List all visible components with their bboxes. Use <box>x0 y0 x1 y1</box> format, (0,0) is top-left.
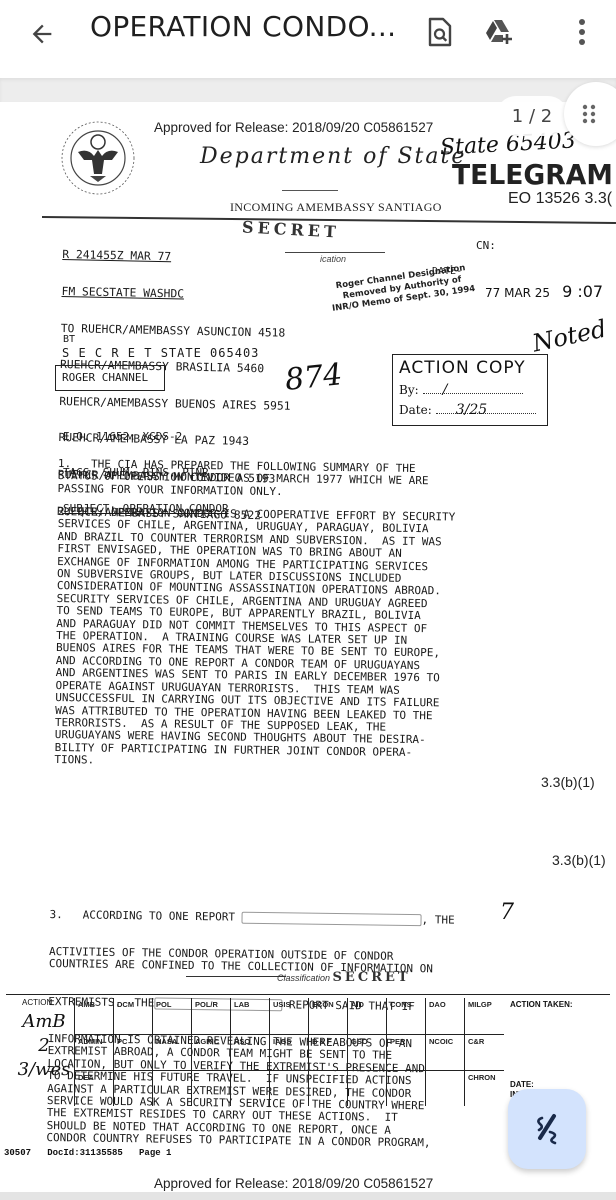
paragraph-1: 1. THE CIA HAS PREPARED THE FOLLOWING SU… <box>57 458 428 500</box>
exemption-marking: 3.3(b)(1) <box>552 852 606 868</box>
annotate-button[interactable] <box>508 1089 586 1169</box>
distribution-cell: ADMIN <box>75 1034 114 1070</box>
cn-label: CN: <box>476 239 496 252</box>
handwritten-noted: Noted <box>530 315 609 358</box>
rule <box>282 190 338 191</box>
agency-title: Department of State <box>200 144 466 169</box>
distribution-cell: AGRIC <box>192 1034 231 1070</box>
redaction-box <box>242 911 422 926</box>
distribution-cell <box>348 1070 387 1106</box>
paragraph-2: 2. QTE: OPERATION CONDOR IS A COOPERATIV… <box>54 506 455 772</box>
action-label: ACTION <box>22 998 52 1007</box>
distribution-cell: PC <box>114 1034 153 1070</box>
distribution-cell: DCM <box>114 998 153 1034</box>
distribution-cell: MILGP <box>465 998 504 1034</box>
form-type: TELEGRAM <box>452 158 613 191</box>
routing-line: FM SECSTATE WASHDC <box>61 286 292 303</box>
distribution-cell: NCOIC <box>426 1034 465 1070</box>
distribution-cell: RSO <box>231 1034 270 1070</box>
text: 3. ACCORDING TO ONE REPORT <box>49 908 235 924</box>
viewer-bottom-band <box>0 1192 616 1200</box>
distribution-cell: POL <box>153 998 192 1034</box>
distribution-cell: ECON <box>309 998 348 1034</box>
routing-line: R 241455Z MAR 77 <box>62 249 293 266</box>
date-label: Date: <box>399 403 432 417</box>
action-copy-title: ACTION COPY <box>399 358 541 378</box>
eo-marking: EO 13526 3.3( <box>508 190 612 208</box>
distribution-cell: USIS <box>270 998 309 1034</box>
department-of-state-seal-icon <box>60 120 136 196</box>
distribution-row: AMBDCMPOLPOL/RLABUSISECONAIDCONSDAOMILGP <box>75 998 504 1034</box>
hand-line: AmB <box>16 1010 72 1034</box>
exemption-marking: 3.3(b)(1) <box>541 774 595 790</box>
incoming-label: INCOMING AMEMBASSY SANTIAGO <box>230 200 442 215</box>
distribution-cell: NASA <box>153 1034 192 1070</box>
distribution-cell: AID <box>348 998 387 1034</box>
distribution-cell: DEA <box>75 1070 114 1106</box>
add-to-drive-button[interactable] <box>480 12 520 52</box>
p3-line: 3. ACCORDING TO ONE REPORT , THE <box>49 909 454 927</box>
more-vertical-icon <box>578 18 586 46</box>
classification-footer: Classification SECRET <box>277 970 411 985</box>
distribution-cell: LAB <box>231 998 270 1034</box>
classification-value: SECRET <box>333 970 411 985</box>
distribution-row: ADMINPCNASAAGRICRSOIAGSB & FGSOPERNCOICC… <box>75 1034 504 1070</box>
distribution-cell: DAO <box>426 998 465 1034</box>
distribution-cell <box>309 1070 348 1106</box>
drag-handle-icon <box>581 103 597 125</box>
drive-add-icon <box>485 18 515 46</box>
distribution-cell <box>426 1070 465 1106</box>
doc-id-line: 30507 DocId:31135585 Page 1 <box>4 1148 171 1158</box>
document-page[interactable]: Approved for Release: 2018/09/20 C058615… <box>0 102 616 1192</box>
classification-label-fragment: ication <box>320 254 346 264</box>
bt-marker: BT <box>63 334 75 345</box>
arrow-back-icon <box>28 20 56 48</box>
distribution-cell <box>270 1070 309 1106</box>
received-time: 9 :07 <box>562 282 603 301</box>
approved-for-release-footer: Approved for Release: 2018/09/20 C058615… <box>154 1176 433 1191</box>
app-bar: OPERATION CONDO... <box>0 0 616 78</box>
routing-line: TO RUEHCR/AMEMBASSY ASUNCION 4518 <box>61 323 292 340</box>
handwritten-action: AmB 2 3/wes <box>16 1010 72 1082</box>
distribution-table: AMBDCMPOLPOL/RLABUSISECONAIDCONSDAOMILGP… <box>74 998 504 1106</box>
roger-channel-box: ROGER CHANNEL <box>55 365 165 391</box>
action-copy-stamp: ACTION COPY By:/ Date:3/25 <box>392 354 548 426</box>
action-copy-by: By:/ <box>399 382 541 398</box>
annotate-pen-icon <box>532 1112 562 1146</box>
distribution-cell: GSO <box>348 1034 387 1070</box>
text: , THE <box>422 913 455 926</box>
distribution-cell: CHRON <box>465 1070 504 1106</box>
hand-line: 2 <box>16 1034 72 1058</box>
distribution-cell: IAGS <box>270 1034 309 1070</box>
rule <box>6 994 610 995</box>
distribution-cell: CONS <box>387 998 426 1034</box>
by-value: / <box>443 382 448 398</box>
date-value: 3/25 <box>456 402 487 418</box>
distribution-cell: C&R <box>465 1034 504 1070</box>
document-search-icon <box>427 17 453 47</box>
eo-line: E.O. 11652: XGDS-2 <box>63 431 229 443</box>
approved-for-release-header: Approved for Release: 2018/09/20 C058615… <box>154 120 433 135</box>
by-label: By: <box>399 383 419 397</box>
distribution-cell: PER <box>387 1034 426 1070</box>
rule <box>186 976 286 977</box>
distribution-cell: POL/R <box>192 998 231 1034</box>
secret-state-line: S E C R E T STATE 065403 <box>62 346 259 360</box>
classification-label: Classification <box>277 973 330 983</box>
distribution-cell: AMB <box>75 998 114 1034</box>
document-title: OPERATION CONDO... <box>90 10 396 43</box>
roger-channel-removed-stamp: Roger Channel Designation Removed by Aut… <box>328 262 476 315</box>
page-indicator: 1 / 2 <box>496 96 568 136</box>
distribution-cell <box>114 1070 153 1106</box>
distribution-cell: B & F <box>309 1034 348 1070</box>
handwritten-number: 874 <box>283 357 344 398</box>
received-date: 77 MAR 25 <box>485 286 550 300</box>
search-in-document-button[interactable] <box>420 12 460 52</box>
distribution-cell <box>192 1070 231 1106</box>
distribution-row: DEACHRON <box>75 1070 504 1106</box>
rule <box>285 252 385 253</box>
action-copy-date: Date:3/25 <box>399 402 541 418</box>
hand-line: 3/wes <box>16 1058 72 1082</box>
distribution-cell <box>231 1070 270 1106</box>
back-button[interactable] <box>24 16 60 52</box>
more-options-button[interactable] <box>562 12 602 52</box>
received-datetime: 77 MAR 259 :07 <box>485 282 603 301</box>
handwritten-margin-mark: 7 <box>500 900 514 925</box>
action-taken-label: ACTION TAKEN: <box>510 1000 573 1009</box>
distribution-cell <box>387 1070 426 1106</box>
distribution-cell <box>153 1070 192 1106</box>
